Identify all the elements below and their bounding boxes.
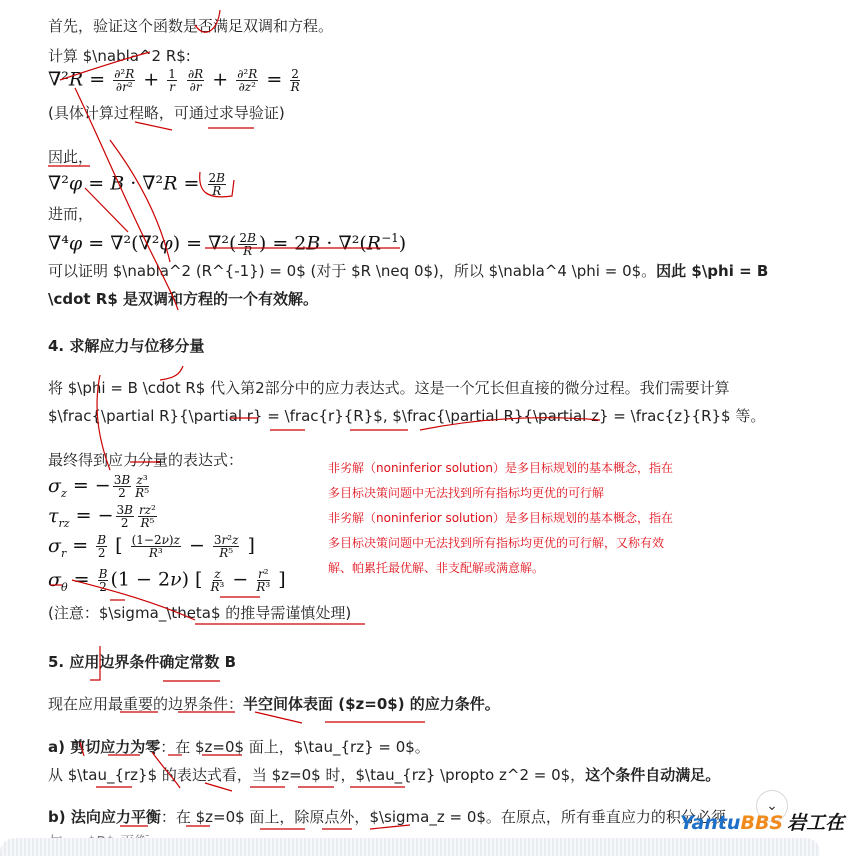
- annotation-line: 多目标决策问题中无法找到所有指标均更优的可行解: [328, 481, 604, 506]
- paragraph: 从 $\tau_{rz}$ 的表达式看，当 $z=0$ 时，$\tau_{rz}…: [48, 765, 720, 785]
- annotation-line: 非劣解（noninferior solution）是多目标规划的基本概念，指在: [328, 506, 673, 531]
- paragraph: \cdot R$ 是双调和方程的一个有效解。: [48, 289, 318, 309]
- paragraph: a) 剪切应力为零：在 $z=0$ 面上，$\tau_{rz} = 0$。: [48, 737, 430, 757]
- equation-laplacian-r: ∇²R = ∂²R∂r² + 1r ∂R∂r + ∂²R∂z² = 2R: [48, 68, 302, 93]
- paragraph: (注意：$\sigma_\theta$ 的推导需谨慎处理): [48, 603, 351, 623]
- equation-biharmonic: ∇⁴φ = ∇²(∇²φ) = ∇²(2BR) = 2B · ∇²(R−1): [48, 228, 406, 257]
- equation-tau-rz: τrz = −3B2rz²R⁵: [48, 504, 159, 533]
- paragraph: 现在应用最重要的边界条件：半空间体表面 ($z=0$) 的应力条件。: [48, 694, 500, 714]
- paragraph: $\frac{\partial R}{\partial r} = \frac{r…: [48, 406, 765, 426]
- annotation-line: 非劣解（noninferior solution）是多目标规划的基本概念，指在: [328, 456, 673, 481]
- equation-sigma-r: σr = B2 [ (1−2ν)zR³ − 3r²zR⁵ ]: [48, 534, 255, 563]
- equation-laplacian-phi: ∇²φ = B · ∇²R = 2BR: [48, 172, 228, 197]
- paragraph: 计算 $\nabla^2 R$:: [48, 46, 191, 66]
- section-heading-4: 4. 求解应力与位移分量: [48, 336, 204, 356]
- paragraph: 最终得到应力分量的表达式：: [48, 450, 243, 470]
- paragraph: 因此，: [48, 147, 93, 167]
- annotation-line: 解、帕累托最优解、非支配解或满意解。: [328, 556, 544, 581]
- paragraph: 进而，: [48, 204, 93, 224]
- paragraph: 首先，验证这个函数是否满足双调和方程。: [48, 16, 333, 36]
- paragraph: (具体计算过程略，可通过求导验证): [48, 103, 285, 123]
- section-heading-5: 5. 应用边界条件确定常数 B: [48, 652, 236, 672]
- paragraph: 可以证明 $\nabla^2 (R^{-1}) = 0$ (对于 $R \neq…: [48, 261, 768, 281]
- handwritten-ink-annotations: [0, 0, 856, 856]
- chat-input-bar[interactable]: [0, 838, 820, 856]
- equation-sigma-theta: σθ = B2(1 − 2ν) [ zR³ − r²R³ ]: [48, 568, 286, 597]
- paragraph: b) 法向应力平衡：在 $z=0$ 面上，除原点外，$\sigma_z = 0$…: [48, 807, 726, 827]
- equation-sigma-z: σz = −3B2z³R⁵: [48, 474, 151, 503]
- paragraph: 将 $\phi = B \cdot R$ 代入第2部分中的应力表达式。这是一个冗…: [48, 378, 730, 398]
- annotation-line: 多目标决策问题中无法找到所有指标均更优的可行解，又称有效: [328, 531, 664, 556]
